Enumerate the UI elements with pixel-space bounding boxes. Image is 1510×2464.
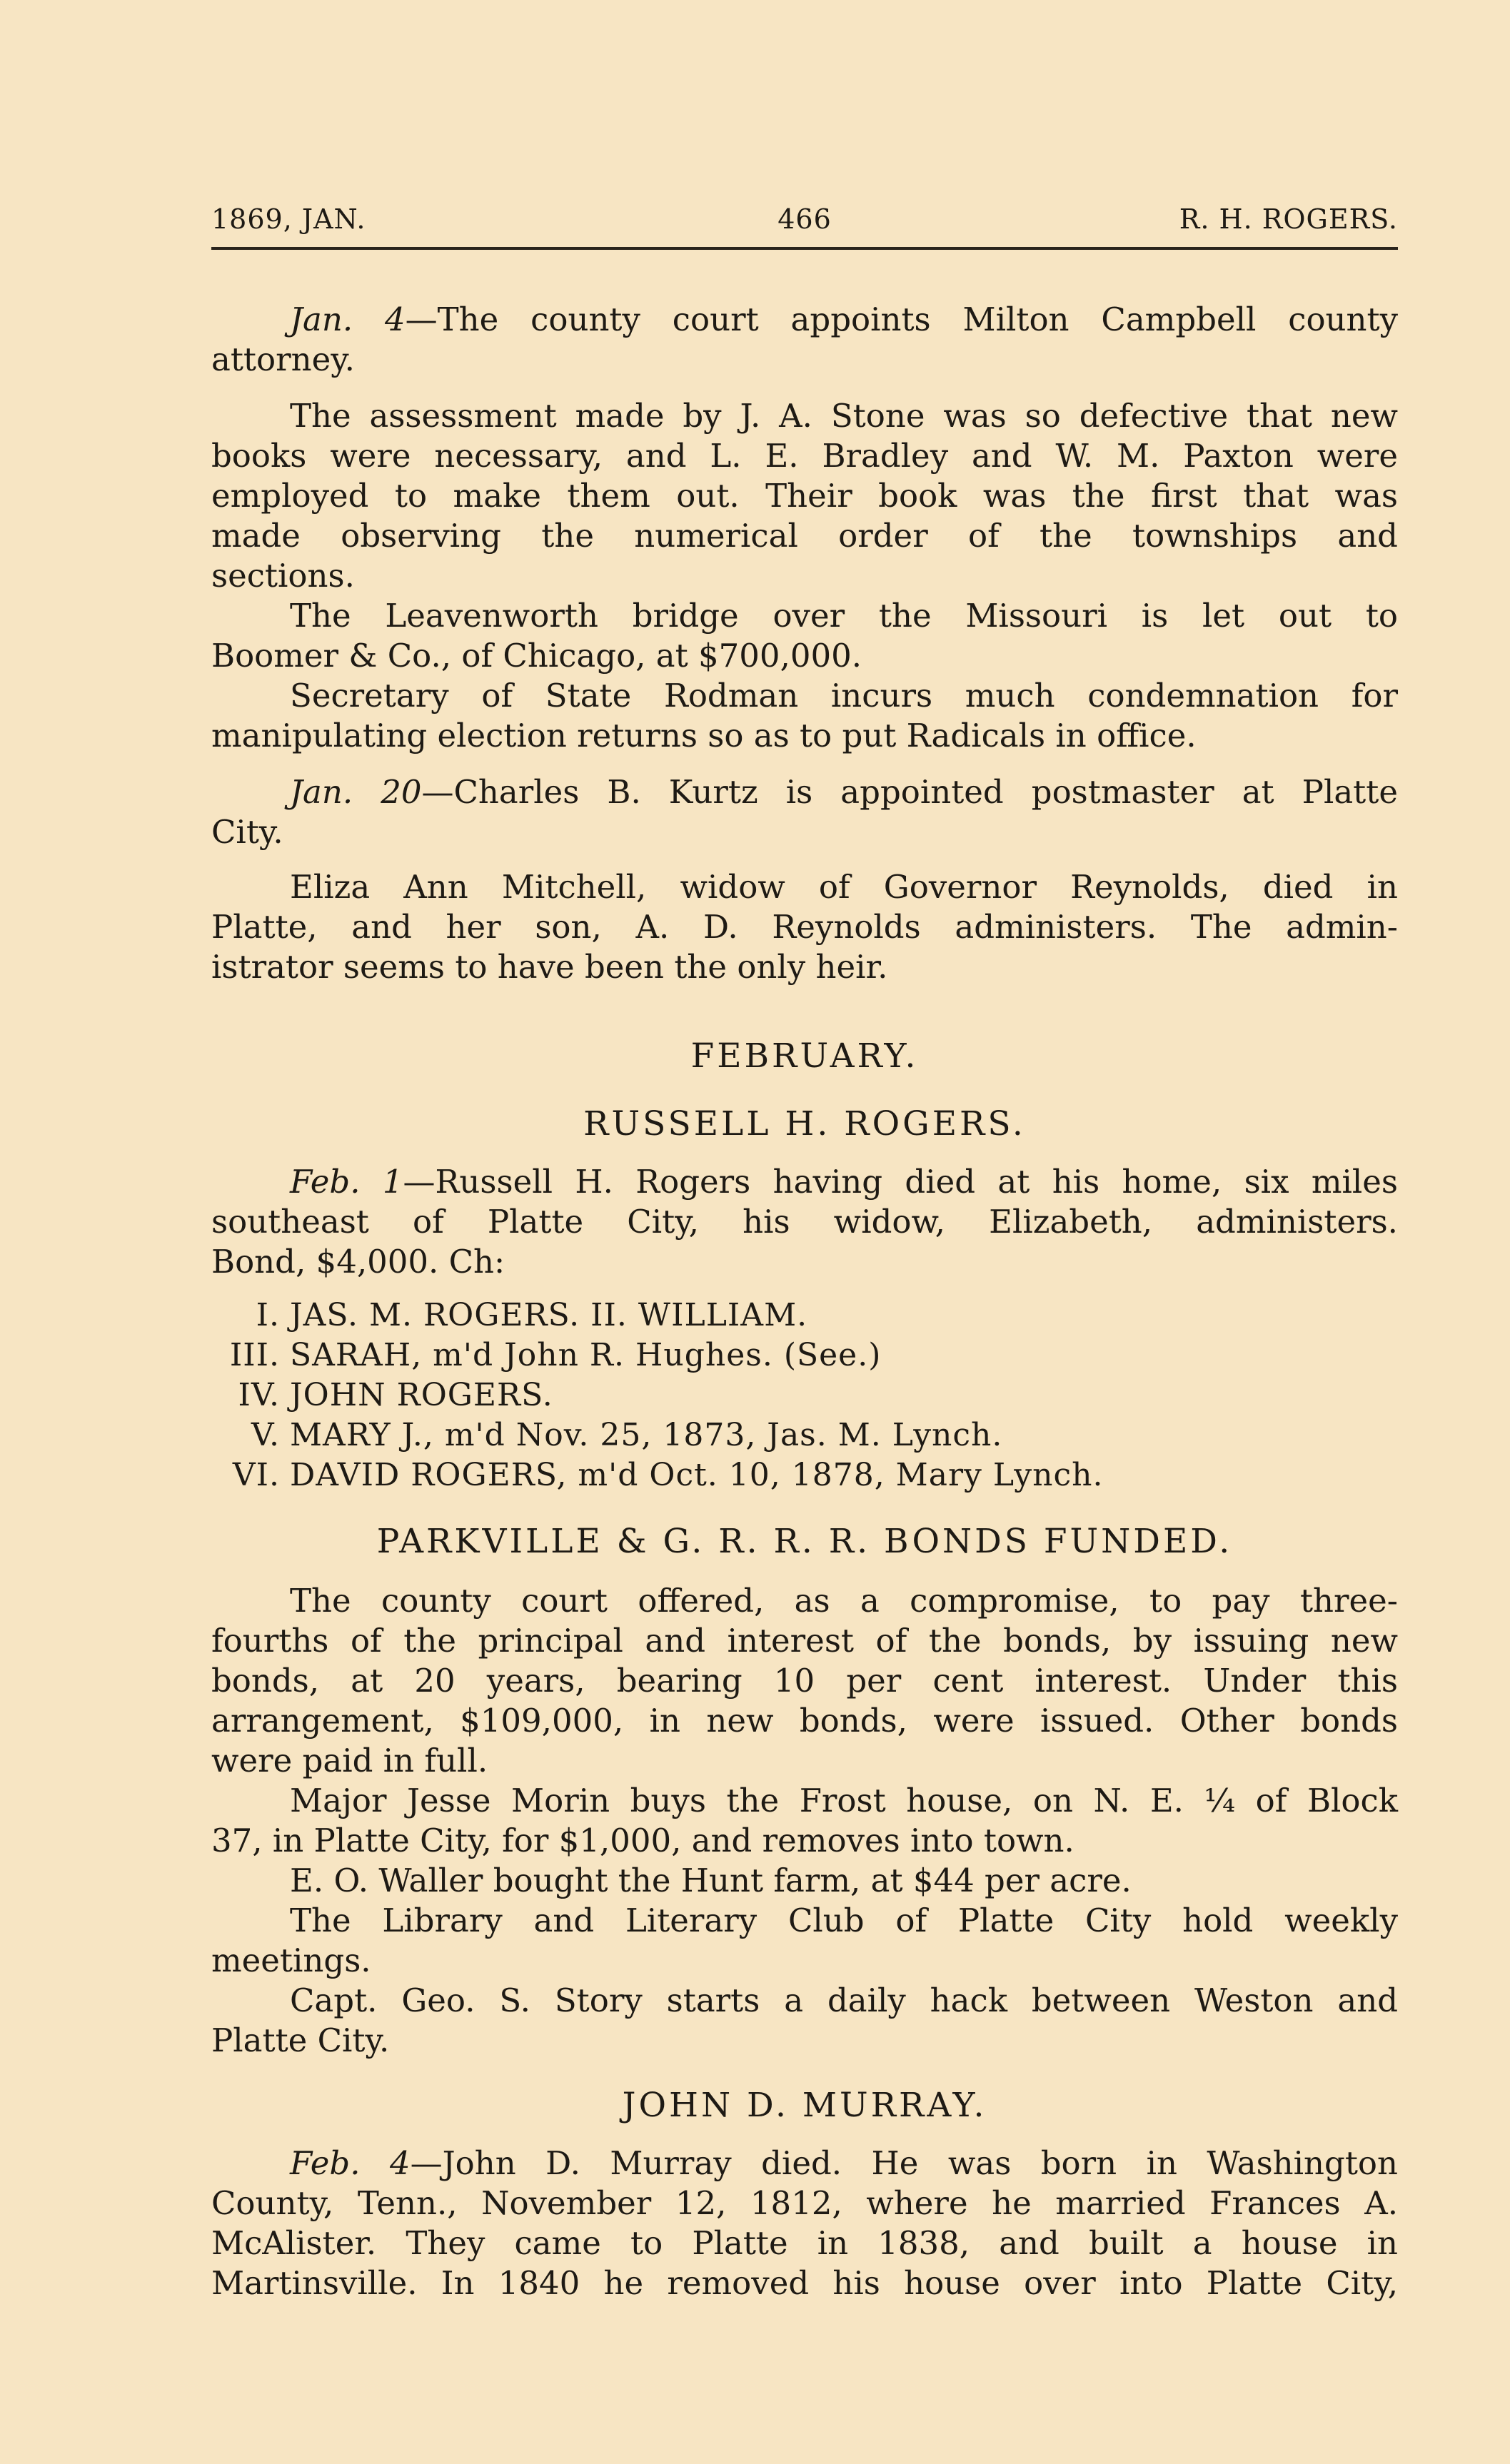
child-list-item: III.SARAH, m'd John R. Hughes. (See.) — [211, 1335, 881, 1375]
entry-text: —John D. Murray died. He was born in Was… — [411, 2144, 1398, 2182]
paragraph-line: Secretary of State Rodman incurs much co… — [211, 676, 1398, 716]
entry-date: Feb. 4 — [290, 2144, 411, 2182]
child-list-item: VI.DAVID ROGERS, m'd Oct. 10, 1878, Mary… — [211, 1455, 1103, 1495]
paragraph-line: were paid in full. — [211, 1741, 1398, 1781]
paragraph-line: Eliza Ann Mitchell, widow of Governor Re… — [211, 867, 1398, 907]
entry-date: Jan. 20 — [290, 773, 421, 811]
paragraph-line: manipulating election returns so as to p… — [211, 716, 1398, 756]
child-text: SARAH, m'd John R. Hughes. (See.) — [290, 1337, 881, 1373]
entry-text: —Charles B. Kurtz is appointed postmaste… — [421, 773, 1398, 811]
child-number: V. — [211, 1415, 290, 1455]
child-text: JOHN ROGERS. — [290, 1377, 553, 1413]
paragraph-line: McAlister. They came to Platte in 1838, … — [211, 2223, 1398, 2263]
child-list-item: I.JAS. M. ROGERS. II. WILLIAM. — [211, 1296, 807, 1335]
paragraph-line: Platte, and her son, A. D. Reynolds admi… — [211, 907, 1398, 947]
paragraph-line: Major Jesse Morin buys the Frost house, … — [211, 1781, 1398, 1821]
paragraph-line: istrator seems to have been the only hei… — [211, 947, 1398, 987]
paragraph-line: Bond, $4,000. Ch: — [211, 1242, 1398, 1282]
paragraph-line: meetings. — [211, 1941, 1398, 1981]
child-number: IV. — [211, 1375, 290, 1415]
paragraph-line: 37, in Platte City, for $1,000, and remo… — [211, 1821, 1398, 1861]
entry-jan20-line: Jan. 20—Charles B. Kurtz is appointed po… — [211, 772, 1398, 812]
child-number: VI. — [211, 1455, 290, 1495]
paragraph-line: City. — [211, 812, 1398, 852]
paragraph-line: Capt. Geo. S. Story starts a daily hack … — [211, 1981, 1398, 2021]
child-list-item: V.MARY J., m'd Nov. 25, 1873, Jas. M. Ly… — [211, 1415, 1002, 1455]
child-text: JAS. M. ROGERS. II. WILLIAM. — [290, 1297, 807, 1333]
paragraph-line: E. O. Waller bought the Hunt farm, at $4… — [211, 1861, 1398, 1901]
entry-feb1-line: Feb. 1—Russell H. Rogers having died at … — [211, 1162, 1398, 1202]
entry-feb4-line: Feb. 4—John D. Murray died. He was born … — [211, 2144, 1398, 2183]
entry-jan4-line: attorney. — [211, 340, 1398, 380]
paragraph-line: The Leavenworth bridge over the Missouri… — [211, 596, 1398, 636]
child-number: I. — [211, 1296, 290, 1335]
running-head: 1869, JAN. 466 R. H. ROGERS. — [211, 203, 1398, 239]
paragraph-line: fourths of the principal and interest of… — [211, 1621, 1398, 1661]
paragraph-line: Platte City. — [211, 2021, 1398, 2061]
paragraph-line: employed to make them out. Their book wa… — [211, 476, 1398, 516]
running-head-title: R. H. ROGERS. — [1179, 203, 1398, 235]
child-text: DAVID ROGERS, m'd Oct. 10, 1878, Mary Ly… — [290, 1457, 1103, 1493]
child-list-item: IV.JOHN ROGERS. — [211, 1375, 553, 1415]
child-text: MARY J., m'd Nov. 25, 1873, Jas. M. Lync… — [290, 1417, 1002, 1453]
paragraph-line: arrangement, $109,000, in new bonds, wer… — [211, 1701, 1398, 1741]
paragraph-line: The county court offered, as a compromis… — [211, 1581, 1398, 1621]
section-heading: JOHN D. MURRAY. — [211, 2084, 1398, 2127]
paragraph-line: southeast of Platte City, his widow, Eli… — [211, 1202, 1398, 1242]
section-heading: PARKVILLE & G. R. R. R. BONDS FUNDED. — [211, 1520, 1398, 1563]
paragraph-line: Martinsville. In 1840 he removed his hou… — [211, 2263, 1398, 2303]
paragraph-line: bonds, at 20 years, bearing 10 per cent … — [211, 1661, 1398, 1701]
paragraph-line: The Library and Literary Club of Platte … — [211, 1901, 1398, 1941]
entry-text: —The county court appoints Milton Campbe… — [406, 301, 1398, 338]
entry-jan4-line: Jan. 4—The county court appoints Milton … — [211, 300, 1398, 340]
entry-date: Jan. 4 — [290, 301, 406, 338]
paragraph-line: Boomer & Co., of Chicago, at $700,000. — [211, 636, 1398, 676]
month-heading: FEBRUARY. — [211, 1035, 1398, 1078]
paragraph-line: The assessment made by J. A. Stone was s… — [211, 396, 1398, 436]
entry-text: —Russell H. Rogers having died at his ho… — [403, 1163, 1398, 1201]
paragraph-line: sections. — [211, 556, 1398, 596]
paragraph-line: books were necessary, and L. E. Bradley … — [211, 436, 1398, 476]
entry-date: Feb. 1 — [290, 1163, 403, 1201]
header-rule — [211, 247, 1398, 250]
book-page: 1869, JAN. 466 R. H. ROGERS. Jan. 4—The … — [0, 0, 1510, 2464]
paragraph-line: County, Tenn., November 12, 1812, where … — [211, 2183, 1398, 2223]
child-number: III. — [211, 1335, 290, 1375]
section-heading: RUSSELL H. ROGERS. — [211, 1103, 1398, 1146]
paragraph-line: made observing the numerical order of th… — [211, 516, 1398, 556]
